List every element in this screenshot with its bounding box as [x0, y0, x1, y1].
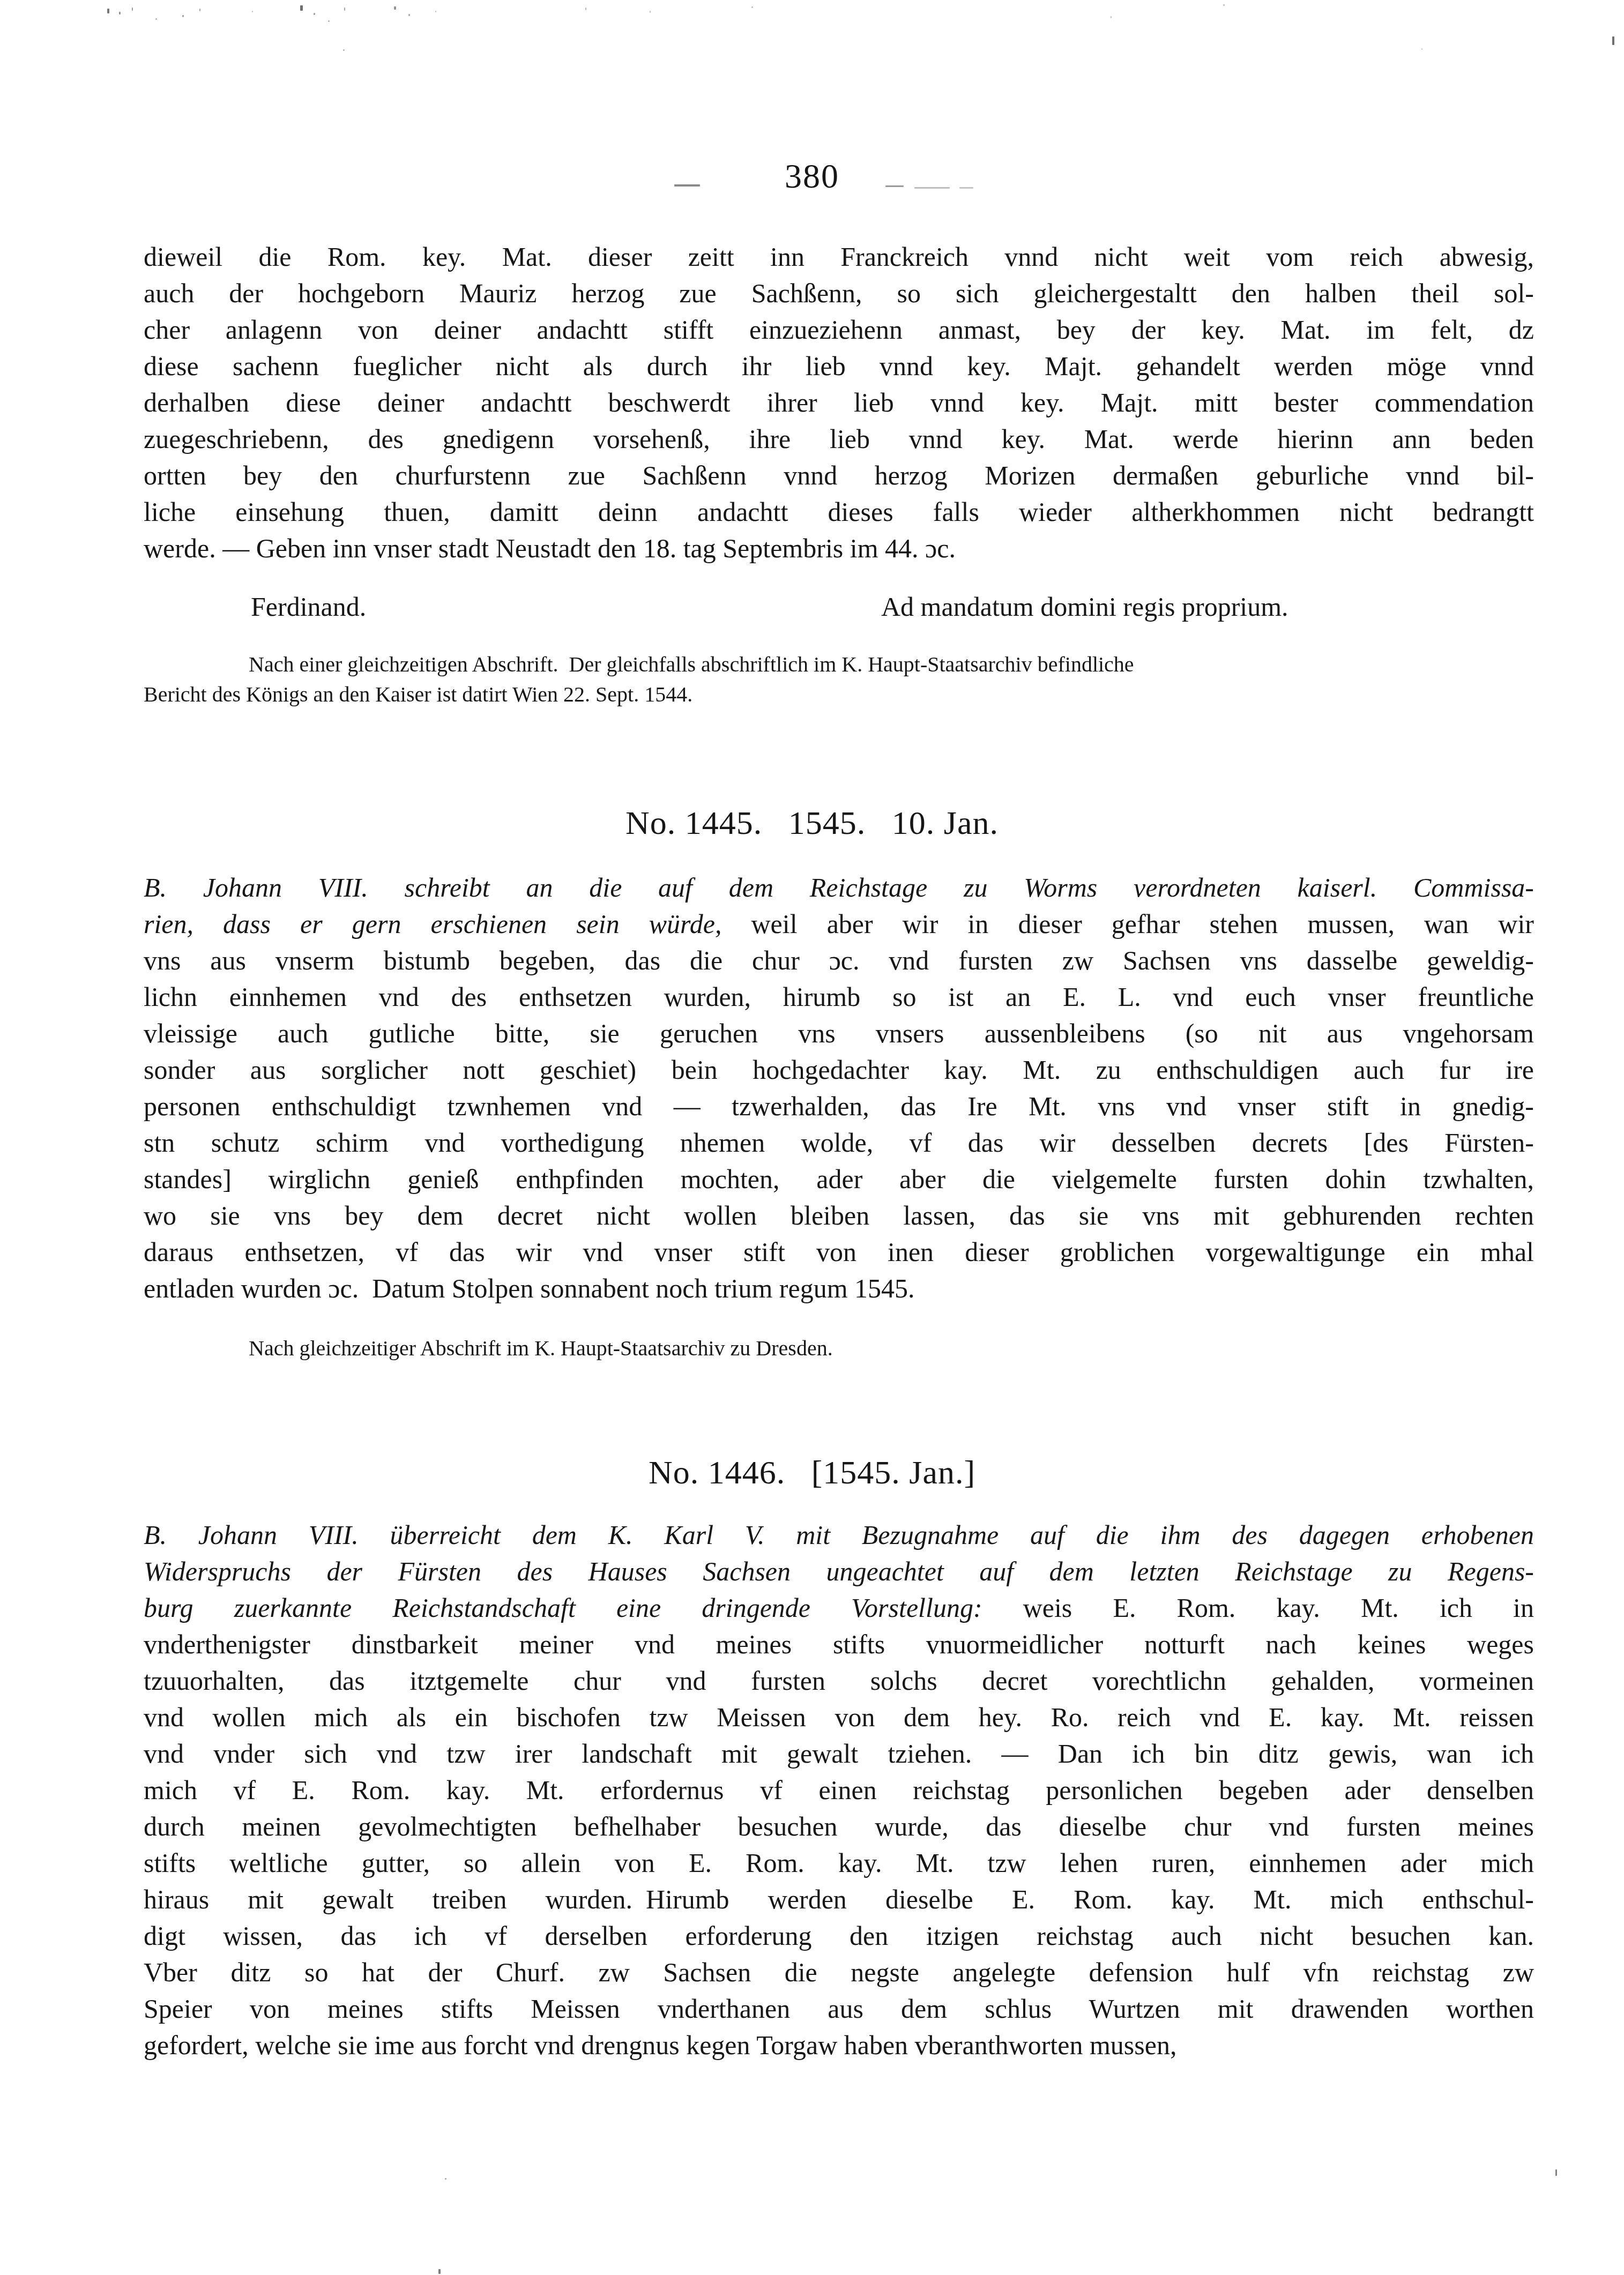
scan-speckle — [344, 8, 345, 11]
text-line: Vber ditz so hat der Churf. zw Sachsen d… — [144, 1954, 1534, 1990]
signature-mandate: Ad mandatum domini regis proprium. — [881, 588, 1288, 625]
scan-speckle — [408, 14, 410, 16]
scan-speckle — [300, 5, 303, 11]
text-line: mich vf E. Rom. kay. Mt. erfordernus vf … — [144, 1772, 1534, 1808]
text-line: vnd vnder sich vnd tzw irer landschaft m… — [144, 1735, 1534, 1772]
book-page-scan: 380 dieweil die Rom. key. Mat. dieser ze… — [0, 0, 1624, 2275]
text-line: werde. — Geben inn vnser stadt Neustadt … — [144, 530, 1534, 566]
scan-speckle — [435, 11, 436, 12]
scan-speckle — [119, 12, 121, 14]
text-line: wo sie vns bey dem decret nicht wollen b… — [144, 1197, 1534, 1234]
text-line: stifts weltliche gutter, so allein von E… — [144, 1845, 1534, 1881]
scan-speckle — [343, 49, 345, 51]
scan-speckle — [314, 13, 315, 15]
text-line: vns aus vnserm bistumb begeben, das die … — [144, 942, 1534, 979]
text-line: ortten bey den churfurstenn zue Sachßenn… — [144, 457, 1534, 494]
text-line: dieweil die Rom. key. Mat. dieser zeitt … — [144, 238, 1534, 275]
source-note-1444: Nach einer gleichzeitigen Abschrift. Der… — [144, 650, 1534, 710]
scan-speckle — [751, 6, 753, 8]
text-line: entladen wurden ɔc. Datum Stolpen sonnab… — [144, 1270, 1534, 1307]
header-rule-right-3 — [959, 187, 973, 189]
text-line: vleissige auch gutliche bitte, sie geruc… — [144, 1015, 1534, 1051]
text-line: Speier von meines stifts Meissen vnderth… — [144, 1990, 1534, 2027]
header-rule-right-1 — [885, 185, 904, 187]
text-line: cher anlagenn von deiner andachtt stifft… — [144, 311, 1534, 348]
scan-speckle — [132, 8, 133, 11]
text-line: gefordert, welche sie ime aus forcht vnd… — [144, 2027, 1534, 2063]
doc-1446-paragraph: B. Johann VIII. überreicht dem K. Karl V… — [144, 1517, 1534, 2063]
scan-speckle — [199, 9, 200, 11]
scan-speckle — [328, 20, 330, 22]
header-rule-left — [674, 184, 700, 187]
doc-1446-heading: No. 1446. [1545. Jan.] — [0, 1453, 1624, 1492]
text-line: stn schutz schirm vnd vorthedigung nheme… — [144, 1124, 1534, 1161]
letter-1444-continuation-paragraph: dieweil die Rom. key. Mat. dieser zeitt … — [144, 238, 1534, 566]
text-line: auch der hochgeborn Mauriz herzog zue Sa… — [144, 275, 1534, 311]
scan-speckle — [1421, 48, 1422, 50]
scan-speckle — [1555, 2169, 1557, 2176]
text-line: lichn einnhemen vnd des enthsetzen wurde… — [144, 979, 1534, 1015]
text-line: Bericht des Königs an den Kaiser ist dat… — [144, 680, 1534, 710]
text-line: liche einsehung thuen, damitt deinn anda… — [144, 494, 1534, 530]
scan-speckle — [1111, 16, 1112, 18]
scan-speckle — [155, 18, 157, 20]
text-line: Nach einer gleichzeitigen Abschrift. Der… — [144, 650, 1534, 680]
scan-speckle — [107, 9, 109, 13]
text-line: B. Johann VIII. schreibt an die auf dem … — [144, 869, 1534, 906]
text-line: daraus enthsetzen, vf das wir vnd vnser … — [144, 1234, 1534, 1270]
text-line: tzuuorhalten, das itztgemelte chur vnd f… — [144, 1662, 1534, 1699]
signature-row: Ferdinand. Ad mandatum domini regis prop… — [144, 588, 1534, 625]
scan-speckle — [650, 11, 651, 13]
text-line: diese sachenn fueglicher nicht als durch… — [144, 348, 1534, 384]
text-line: vnderthenigster dinstbarkeit meiner vnd … — [144, 1626, 1534, 1662]
text-line: B. Johann VIII. überreicht dem K. Karl V… — [144, 1517, 1534, 1553]
text-line: rien, dass er gern erschienen sein würde… — [144, 906, 1534, 942]
doc-1445-paragraph: B. Johann VIII. schreibt an die auf dem … — [144, 869, 1534, 1307]
text-line: zuegeschriebenn, des gnedigenn vorsehenß… — [144, 421, 1534, 457]
scan-speckle — [1612, 36, 1614, 45]
scan-speckle — [394, 6, 396, 10]
text-line: digt wissen, das ich vf derselben erford… — [144, 1918, 1534, 1954]
text-line: personen enthschuldigt tzwnhemen vnd — t… — [144, 1088, 1534, 1124]
header-rule-right-2 — [914, 187, 950, 189]
text-line: vnd wollen mich als ein bischofen tzw Me… — [144, 1699, 1534, 1735]
scan-speckle — [182, 15, 184, 17]
text-line: sonder aus sorglicher nott geschiet) bei… — [144, 1051, 1534, 1088]
text-line: standes] wirglichn genieß enthpfinden mo… — [144, 1161, 1534, 1197]
source-note-1445: Nach gleichzeitiger Abschrift im K. Haup… — [144, 1333, 1534, 1363]
text-line: durch meinen gevolmechtigten befhelhaber… — [144, 1808, 1534, 1845]
doc-1445-heading: No. 1445. 1545. 10. Jan. — [0, 804, 1624, 842]
page-number: 380 — [0, 158, 1624, 195]
text-line: hiraus mit gewalt treiben wurden. Hirumb… — [144, 1881, 1534, 1918]
text-line: burg zuerkannte Reichstandschaft eine dr… — [144, 1590, 1534, 1626]
text-line: Widerspruchs der Fürsten des Hauses Sach… — [144, 1553, 1534, 1590]
text-line: Nach gleichzeitiger Abschrift im K. Haup… — [144, 1333, 1534, 1363]
scan-speckle — [1223, 4, 1225, 6]
scan-speckle — [445, 2178, 446, 2180]
scan-speckle — [585, 8, 586, 10]
scan-speckle — [438, 2269, 441, 2274]
text-line: derhalben diese deiner andachtt beschwer… — [144, 384, 1534, 421]
scan-speckle — [252, 11, 253, 12]
signature-name: Ferdinand. — [251, 588, 366, 625]
